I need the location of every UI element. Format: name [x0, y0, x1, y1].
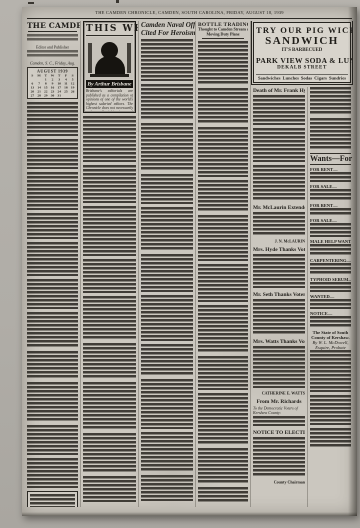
article-text-lines [141, 39, 193, 81]
scanned-newspaper-page: THE CAMDEN CHRONICLE, CAMDEN, SOUTH CARO… [0, 0, 360, 528]
article-text-lines [27, 351, 78, 379]
richards-headline: From Mr. Richards [253, 398, 305, 404]
article-text-lines [83, 343, 136, 379]
election-notice-headline: NOTICE TO ELECTION MANAGERS [253, 429, 305, 435]
masthead-text-lines [27, 34, 78, 42]
article-text-lines [83, 296, 136, 340]
article-text-lines [141, 432, 193, 472]
article-text-lines [141, 379, 193, 429]
seth-thanks-headline: Mr. Seth Thanks Voters [253, 291, 305, 297]
masthead-title: THE CAMDEN CHRONICLE [27, 21, 78, 30]
mclaurin-signature: J. N. McLAURIN [253, 239, 305, 244]
classified-lead: FOR RENT— [310, 167, 351, 172]
ad-service: Lunches [283, 76, 299, 82]
article-text-lines [253, 128, 305, 162]
scan-artifact [116, 0, 119, 3]
calendar-grid: SMTWTFS123456789101112131415161718192021… [29, 74, 76, 98]
article-text-lines [253, 416, 305, 426]
ad-line-1: TRY OUR PIG WICH [256, 25, 348, 35]
article-text-lines [27, 139, 78, 169]
watts-signature: CATHERINE E. WATTS [253, 391, 305, 396]
article-text-lines [83, 259, 136, 293]
ad-service: Cigars [314, 76, 327, 82]
brisbane-byline-banner: By Arthur Brisbane [86, 80, 133, 88]
chairman-signature: County Chairman [253, 480, 305, 485]
article-text-lines [253, 254, 305, 288]
article-text-lines [27, 213, 78, 239]
article-text-lines [198, 264, 248, 302]
ad-line-3: IT'S BARBECUED [274, 47, 329, 52]
legal-text-lines [310, 395, 351, 425]
classified-text-lines [310, 244, 351, 256]
ad-line-2: SANDWICH [256, 35, 348, 47]
article-text-lines [83, 382, 136, 430]
classified-item: WANTED— [310, 294, 351, 309]
classified-text-lines [310, 263, 351, 275]
article-text-lines [198, 448, 248, 484]
article-text-lines [198, 41, 248, 85]
death-headline: Death of Mr. Frank Hyde [253, 87, 305, 93]
classified-text-lines [310, 172, 351, 182]
page-edge-shadow [348, 7, 357, 516]
brisbane-portrait-illustration [86, 37, 133, 79]
notice-text-lines [30, 494, 75, 507]
article-text-lines [253, 212, 305, 236]
portrait-torso-silhouette [95, 56, 125, 74]
article-text-lines [198, 393, 248, 445]
decor-pillar-icon [88, 43, 92, 73]
column-3: Camden Naval Officer Cited For Heroism [139, 21, 196, 507]
classified-item: FOR SALE— [310, 184, 351, 201]
portrait-base [90, 74, 129, 77]
newspaper-page: THE CAMDEN CHRONICLE, CAMDEN, SOUTH CARO… [22, 7, 357, 516]
article-text-lines [83, 433, 136, 473]
classified-lead: WANTED— [310, 294, 351, 299]
calendar-box: AUGUST 1939 SMTWTFS123456789101112131415… [27, 67, 78, 99]
article-text-lines [141, 207, 193, 251]
hyde-thanks-headline: Mrs. Hyde Thanks Voters [253, 246, 305, 252]
article-text-lines [27, 458, 78, 488]
bottle-story-headline: BOTTLE TRADING FAR Thought to Camden Str… [198, 21, 248, 39]
ad-line-5: DEKALB STREET [273, 65, 330, 70]
article-text-lines [83, 165, 136, 203]
article-text-lines [253, 437, 305, 477]
classified-item: MALE HELP WANTED— [310, 239, 351, 256]
masthead-rule [28, 31, 77, 32]
classified-lead: TYPHOID SERUM— [310, 277, 351, 282]
this-week-note: Brisbane's editorials are published as a… [86, 89, 133, 111]
column-6: Wants—For Sale FOR RENT— FOR SALE— FOR R… [308, 87, 353, 507]
article-text-lines [198, 356, 248, 390]
classified-text-lines [310, 189, 351, 201]
scan-artifact [28, 2, 34, 4]
page-bottom-shadow [22, 512, 357, 516]
article-text-lines [83, 206, 136, 256]
classified-item: NOTICE— [310, 311, 351, 328]
masthead-text-lines [27, 50, 78, 58]
article-text-lines [27, 102, 78, 136]
legal-text-lines [310, 428, 351, 448]
article-text-lines [141, 295, 193, 341]
article-text-lines [141, 123, 193, 171]
legal-text-lines [310, 350, 351, 392]
wants-for-sale-header: Wants—For Sale [310, 153, 351, 165]
classified-item: FOR SALE— [310, 218, 351, 237]
classified-text-lines [310, 223, 351, 237]
classified-item: FOR RENT— [310, 167, 351, 182]
article-text-lines [27, 172, 78, 210]
ad-service: Sandwiches [258, 76, 281, 82]
this-week-rule [86, 35, 133, 36]
bottom-notice-box [27, 491, 78, 507]
legal-notice-header: The State of South Carolina, County of K… [310, 330, 351, 350]
article-text-lines [141, 84, 193, 120]
classified-item: FOR RENT— [310, 203, 351, 216]
column-1: THE CAMDEN CHRONICLE Editor and Publishe… [25, 21, 81, 507]
article-text-lines [27, 242, 78, 276]
classified-lead: MALE HELP WANTED— [310, 239, 351, 244]
classified-lead: FOR RENT— [310, 203, 351, 208]
decor-pillar-icon [127, 43, 131, 73]
pig-wich-sandwich-ad: TRY OUR PIG WICH SANDWICH IT'S BARBECUED… [253, 22, 351, 83]
article-text-lines [198, 88, 248, 124]
this-week-box: THIS WEEK By Arthur Brisbane Brisbane's … [83, 21, 136, 113]
column-2: THIS WEEK By Arthur Brisbane Brisbane's … [81, 21, 139, 507]
naval-story-headline: Camden Naval Officer Cited For Heroism [141, 21, 193, 37]
article-text-lines [198, 127, 248, 177]
article-text-lines [253, 299, 305, 335]
classified-item: TYPHOID SERUM— [310, 277, 351, 292]
classified-text-lines [310, 208, 351, 216]
personals-text-lines [310, 118, 351, 150]
headline-rule [202, 38, 244, 39]
watts-thanks-headline: Mrs. Watts Thanks Voters [253, 338, 305, 344]
article-text-lines [141, 475, 193, 501]
classified-text-lines [310, 299, 351, 309]
article-text-lines [253, 95, 305, 125]
classified-lead: FOR SALE— [310, 218, 351, 223]
classified-lead: NOTICE— [310, 311, 351, 316]
column-5: Death of Mr. Frank Hyde Mr. McLaurin Ext… [251, 87, 308, 507]
article-text-lines [141, 344, 193, 376]
article-text-lines [141, 254, 193, 292]
article-text-lines [27, 425, 78, 455]
article-text-lines [198, 305, 248, 353]
classified-lead: CARPENTERING— [310, 258, 351, 263]
classified-item: CARPENTERING— [310, 258, 351, 275]
column-group-5-6: TRY OUR PIG WICH SANDWICH IT'S BARBECUED… [251, 21, 353, 507]
running-head: THE CAMDEN CHRONICLE, CAMDEN, SOUTH CARO… [31, 10, 348, 15]
classified-text-lines [310, 282, 351, 292]
article-text-lines [253, 165, 305, 201]
article-text-lines [27, 279, 78, 309]
column-4: BOTTLE TRADING FAR Thought to Camden Str… [196, 21, 251, 507]
article-text-lines [198, 487, 248, 503]
ad-services-row: Sandwiches Lunches Sodas Cigars Sundries [256, 74, 348, 81]
ad-service: Sundries [329, 76, 346, 82]
column-layout: THE CAMDEN CHRONICLE Editor and Publishe… [25, 21, 354, 507]
article-text-lines [83, 476, 136, 502]
masthead-dateline: Camden, S. C., Friday, Aug. 18, 1939 [27, 61, 78, 66]
article-text-lines [198, 180, 248, 212]
article-text-lines [253, 346, 305, 388]
article-text-lines [83, 116, 136, 162]
running-head-row: THE CAMDEN CHRONICLE, CAMDEN, SOUTH CARO… [31, 10, 348, 17]
this-week-title: THIS WEEK [86, 24, 133, 34]
classified-lead: FOR SALE— [310, 184, 351, 189]
article-text-lines [27, 312, 78, 348]
article-text-lines [198, 215, 248, 261]
personals-text-lines [310, 87, 351, 115]
ad-service: Sodas [301, 76, 312, 82]
classified-text-lines [310, 316, 351, 328]
running-head-rule [27, 18, 352, 19]
richards-salutation: To the Democratic Voters of Kershaw Coun… [253, 406, 305, 416]
article-text-lines [27, 382, 78, 422]
article-text-lines [141, 174, 193, 204]
mclaurin-headline: Mr. McLaurin Extends Thanks [253, 204, 305, 210]
